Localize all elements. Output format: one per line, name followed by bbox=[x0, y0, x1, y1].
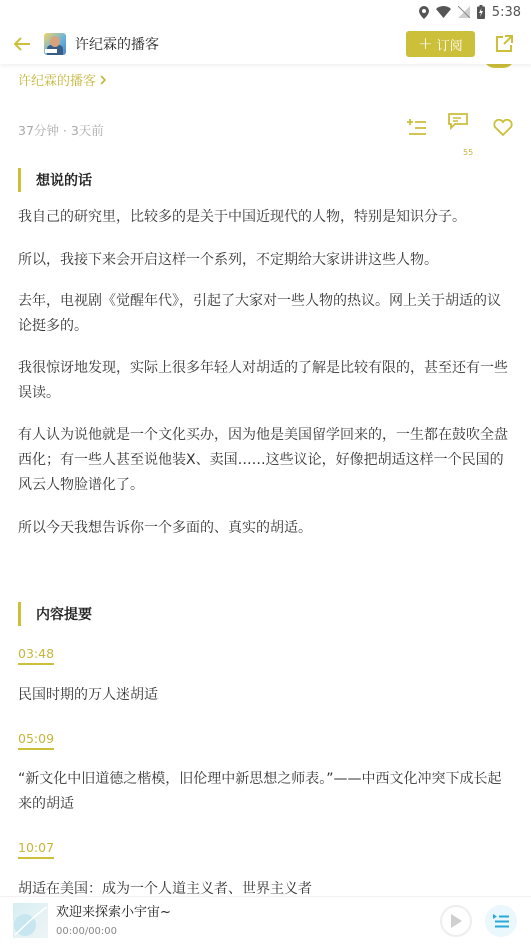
player-time: 00:00/00:00 bbox=[56, 926, 440, 937]
top-app-bar: 许纪霖的播客 + 订阅 bbox=[0, 24, 531, 64]
timestamp-link[interactable]: 10:07 bbox=[18, 840, 54, 859]
outline-item-text: 民国时期的万人迷胡适 bbox=[18, 683, 514, 708]
section-header-intro: 想说的话 bbox=[18, 168, 92, 192]
intro-paragraph: 我很惊讶地发现，实际上很多年轻人对胡适的了解是比较有限的，甚至还有一些误读。 bbox=[18, 356, 514, 406]
intro-paragraph: 去年，电视剧《觉醒年代》，引起了大家对一些人物的热议。网上关于胡适的议论挺多的。 bbox=[18, 289, 514, 339]
status-bar: 5:38 bbox=[0, 0, 531, 24]
heart-icon bbox=[493, 119, 513, 137]
like-button[interactable] bbox=[493, 119, 513, 141]
wifi-icon bbox=[436, 6, 451, 18]
subscribe-button[interactable]: + 订阅 bbox=[406, 31, 475, 57]
intro-paragraph: 有人认为说他就是一个文化买办，因为他是美国留学回来的，一生都在鼓吹全盘西化；有一… bbox=[18, 423, 514, 498]
playlist-button[interactable] bbox=[485, 905, 517, 937]
subscribe-label: 订阅 bbox=[437, 35, 463, 54]
podcast-title[interactable]: 许纪霖的播客 bbox=[75, 34, 406, 54]
arrow-left-icon bbox=[14, 37, 30, 51]
section-accent-bar bbox=[18, 602, 21, 626]
outline-item-text: “新文化中旧道德之楷模，旧伦理中新思想之师表。”——中西文化冲突下成长起来的胡适 bbox=[18, 767, 514, 817]
chevron-right-icon bbox=[100, 75, 106, 85]
planet-icon bbox=[13, 903, 48, 938]
back-button[interactable] bbox=[2, 24, 42, 64]
comment-count: 55 bbox=[463, 148, 487, 157]
episode-meta-row: 37分钟 · 3天前 55 bbox=[18, 113, 513, 146]
intro-paragraph: 所以，我接下来会开启这样一个系列，不定期给大家讲讲这些人物。 bbox=[18, 248, 514, 273]
player-title: 欢迎来探索小宇宙~ bbox=[56, 904, 440, 921]
section-accent-bar bbox=[18, 168, 21, 192]
intro-paragraph: 所以今天我想告诉你一个多面的、真实的胡适。 bbox=[18, 516, 514, 541]
timestamp-link[interactable]: 03:48 bbox=[18, 646, 54, 665]
episode-meta: 37分钟 · 3天前 bbox=[18, 121, 407, 139]
add-to-playlist-button[interactable] bbox=[407, 118, 427, 142]
share-button[interactable] bbox=[493, 33, 515, 55]
play-icon bbox=[450, 914, 462, 928]
comment-button[interactable]: 55 bbox=[448, 113, 472, 146]
player-cover-art bbox=[13, 903, 48, 938]
clock: 5:38 bbox=[492, 5, 521, 20]
timestamp-link[interactable]: 05:09 bbox=[18, 731, 54, 750]
plus-icon: + bbox=[418, 36, 432, 53]
battery-charging-icon bbox=[477, 5, 485, 19]
share-external-icon bbox=[495, 35, 513, 53]
mini-player[interactable]: 欢迎来探索小宇宙~ 00:00/00:00 bbox=[0, 896, 531, 944]
intro-paragraph: 我自己的研究里，比较多的是关于中国近现代的人物，特别是知识分子。 bbox=[18, 205, 514, 230]
location-icon bbox=[419, 6, 429, 19]
no-signal-icon bbox=[458, 6, 470, 18]
podcast-avatar[interactable] bbox=[44, 33, 66, 55]
playlist-add-icon bbox=[407, 118, 427, 138]
comment-icon bbox=[448, 113, 472, 133]
podcast-source-link[interactable]: 许纪霖的播客 bbox=[18, 70, 106, 89]
play-button[interactable] bbox=[440, 905, 472, 937]
section-header-outline: 内容提要 bbox=[18, 602, 92, 626]
playlist-icon bbox=[493, 914, 509, 928]
